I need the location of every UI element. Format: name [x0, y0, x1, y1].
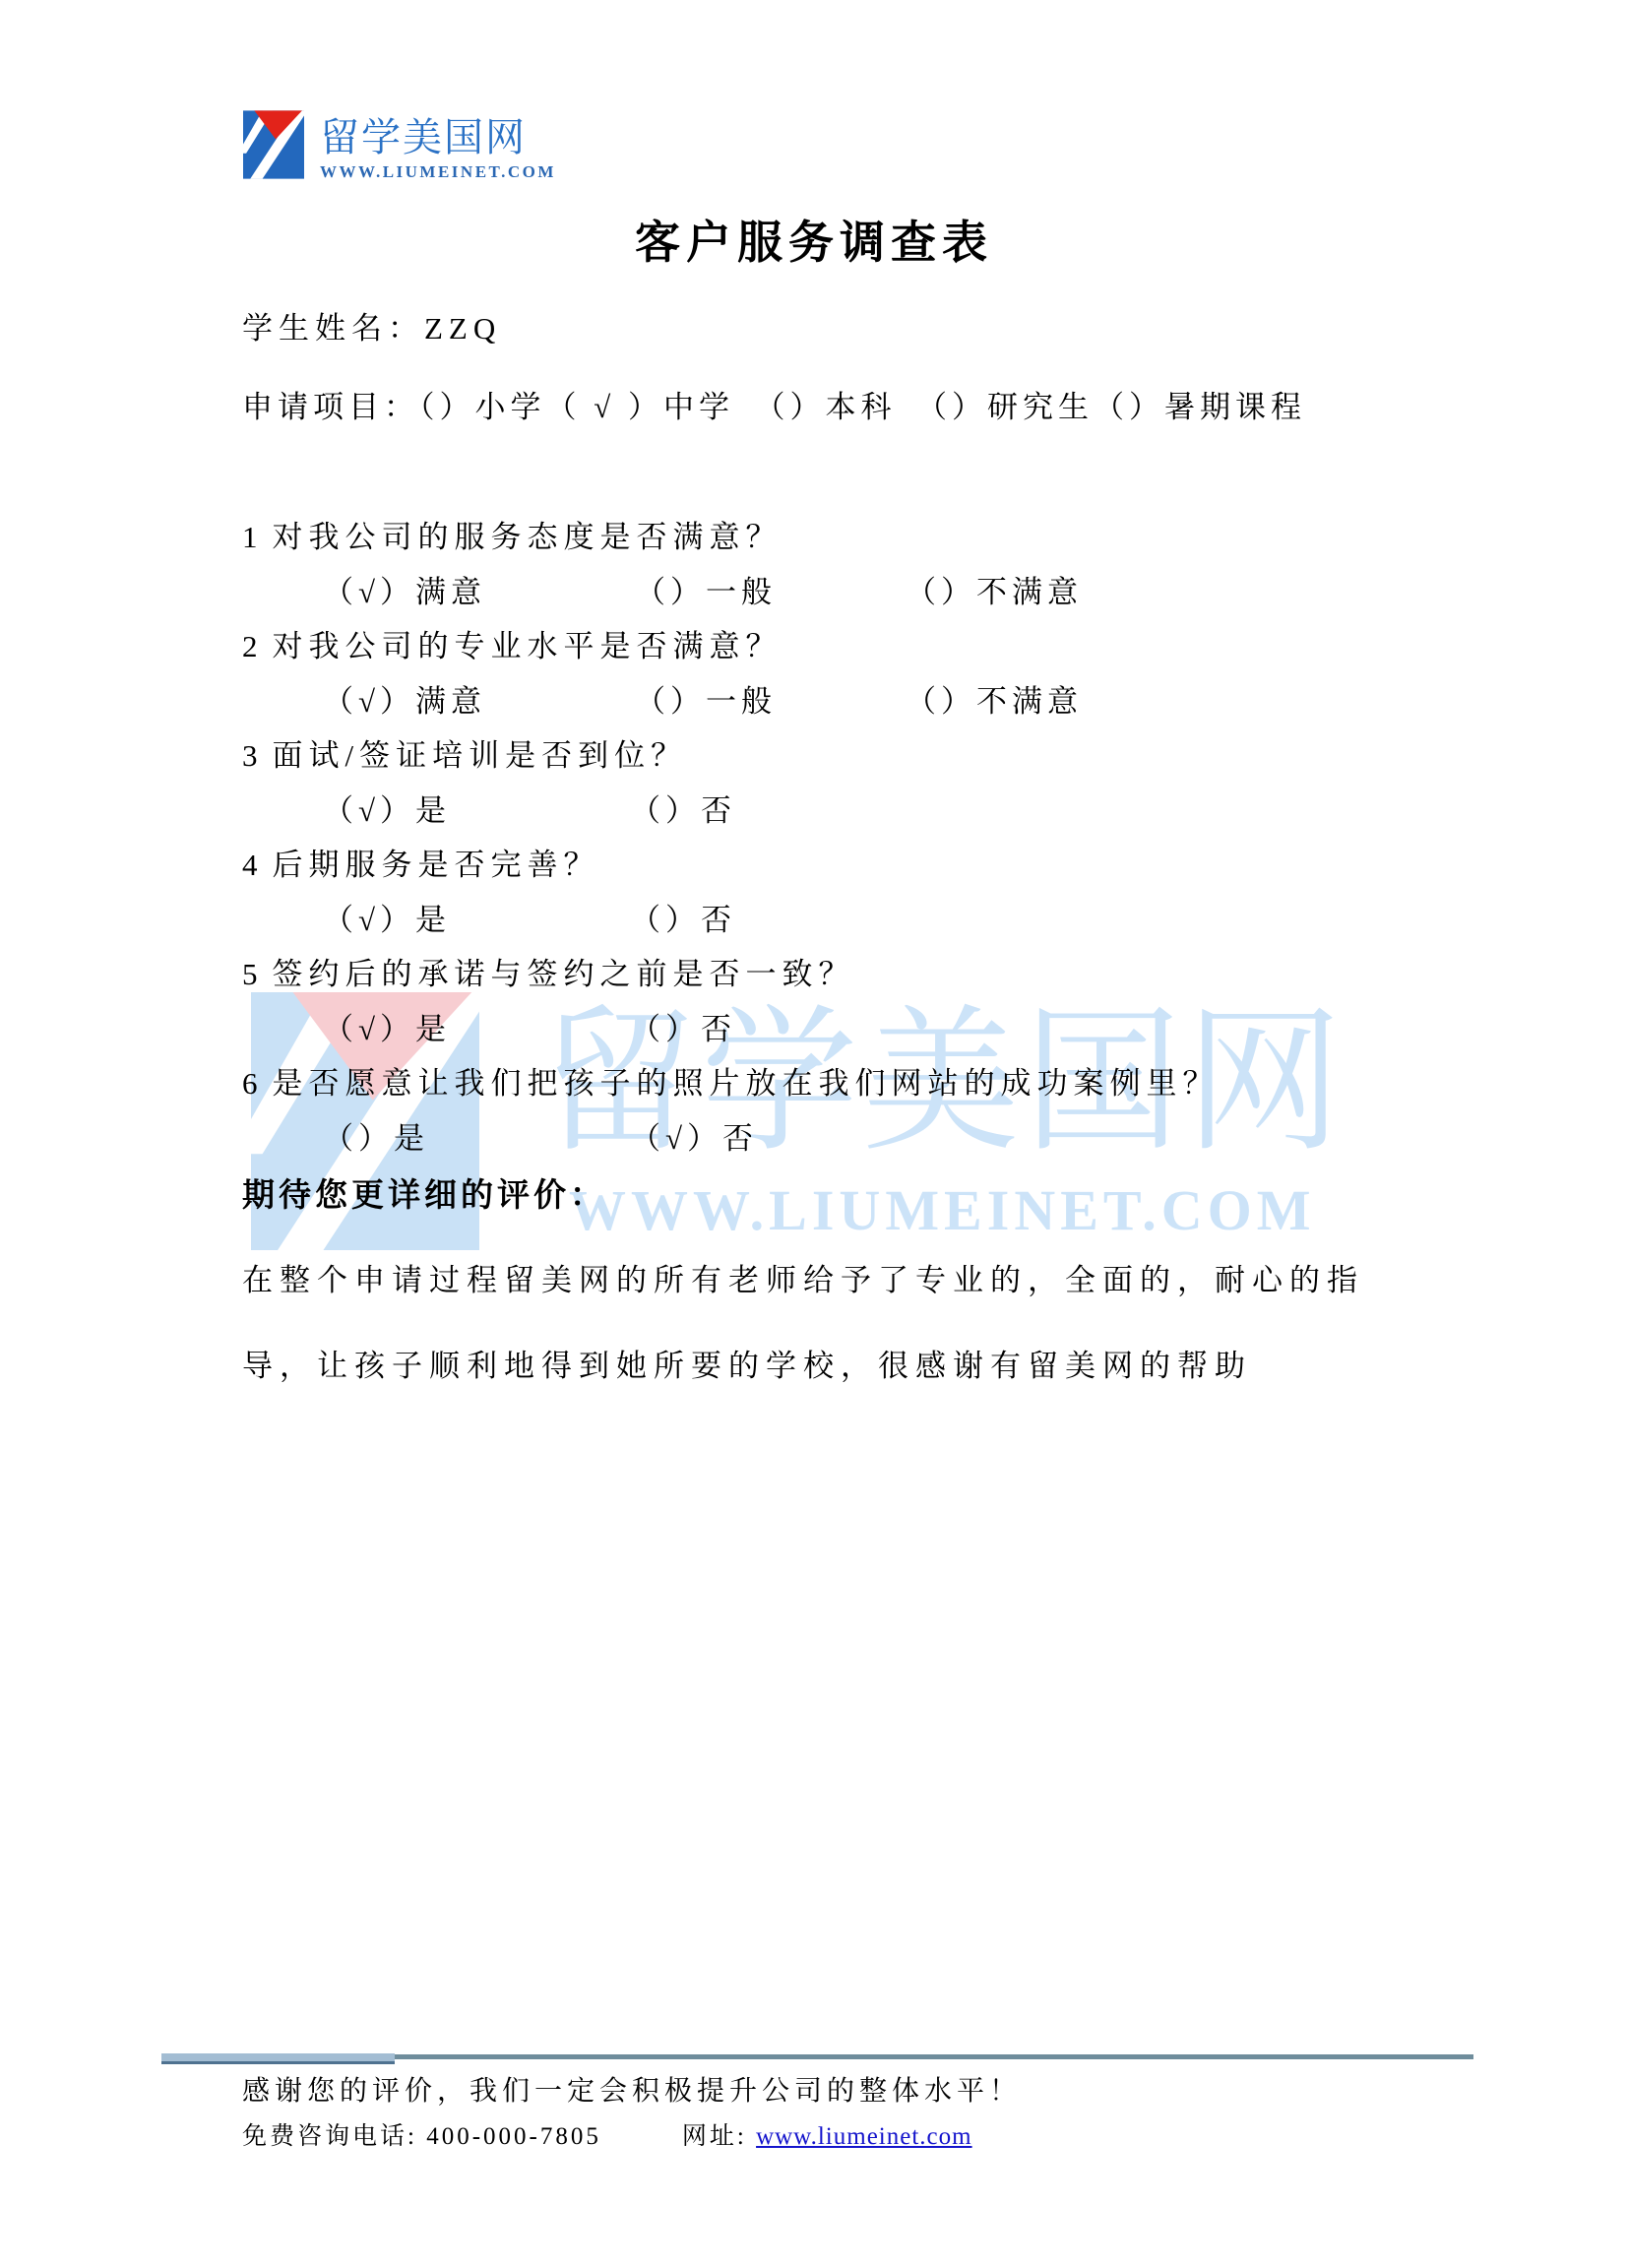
question-1-options: （√）满意（）一般（）不满意: [323, 567, 1083, 611]
question-2-number: 2: [242, 629, 258, 664]
evaluation-heading: 期待您更详细的评价：: [242, 1169, 606, 1216]
question-6-options: （）是（√）否: [323, 1113, 758, 1158]
brand-website: WWW.LIUMEINET.COM: [320, 162, 556, 182]
evaluation-line-2: 导，让孩子顺利地得到她所要的学校，很感谢有留美网的帮助: [242, 1341, 1252, 1385]
question-2-options: （√）满意（）一般（）不满意: [323, 676, 1083, 721]
brand-name: 留学美国网: [320, 116, 556, 159]
checkbox-option: （）否: [630, 895, 736, 939]
evaluation-line-1: 在整个申请过程留美网的所有老师给予了专业的，全面的，耐心的指: [242, 1255, 1364, 1299]
brand-logo-icon: [243, 110, 304, 179]
question-4-options: （√）是（）否: [323, 895, 736, 939]
checkbox-option: （√）否: [630, 1113, 758, 1158]
question-2: 2对我公司的专业水平是否满意？: [242, 621, 783, 665]
question-1-number: 1: [242, 520, 258, 555]
question-1-text: 对我公司的服务态度是否满意？: [273, 520, 783, 554]
question-5: 5签约后的承诺与签约之前是否一致？: [242, 949, 855, 993]
watermark-url-text: WWW.LIUMEINET.COM: [569, 1177, 1316, 1243]
footer-phone-number: 400-000-7805: [426, 2123, 601, 2150]
question-3: 3面试/签证培训是否到位？: [242, 730, 687, 775]
checkbox-option: （√）是: [323, 1004, 630, 1048]
question-5-text: 签约后的承诺与签约之前是否一致？: [273, 957, 855, 991]
footer-site-link[interactable]: www.liumeinet.com: [756, 2123, 972, 2150]
checkbox-option: （√）是: [323, 895, 630, 939]
brand-text-block: 留学美国网 WWW.LIUMEINET.COM: [320, 110, 556, 182]
checkbox-option: （√）满意: [323, 567, 635, 611]
footer-divider-left-segment: [161, 2053, 395, 2064]
project-label: 申请项目：: [242, 390, 419, 424]
question-5-number: 5: [242, 957, 258, 992]
student-name-label: 学生姓名：: [242, 311, 424, 346]
brand-logo: 留学美国网 WWW.LIUMEINET.COM: [243, 110, 556, 182]
footer-thanks-text: 感谢您的评价，我们一定会积极提升公司的整体水平！: [242, 2069, 1022, 2109]
checkbox-option: （√）是: [323, 786, 630, 830]
question-3-text: 面试/签证培训是否到位？: [273, 738, 688, 773]
footer-phone-label: 免费咨询电话:: [242, 2123, 426, 2150]
question-6-text: 是否愿意让我们把孩子的照片放在我们网站的成功案例里？: [273, 1066, 1220, 1101]
checkbox-option: （）一般: [635, 676, 906, 721]
footer-divider-right-segment: [395, 2054, 1473, 2059]
checkbox-option: （）否: [630, 1004, 736, 1048]
page-title: 客户服务调查表: [0, 207, 1628, 272]
question-6: 6是否愿意让我们把孩子的照片放在我们网站的成功案例里？: [242, 1058, 1220, 1102]
question-3-number: 3: [242, 738, 258, 774]
checkbox-option: （√）满意: [323, 676, 635, 721]
footer-contact-line: 免费咨询电话: 400-000-7805网址: www.liumeinet.co…: [242, 2116, 972, 2152]
question-4-number: 4: [242, 848, 258, 883]
student-name-value: ZZQ: [424, 311, 501, 346]
question-6-number: 6: [242, 1066, 258, 1102]
project-options: （）小学（ √ ）中学 （）本科 （）研究生（）暑期课程: [419, 390, 1306, 424]
survey-document-page: 留学美国网 WWW.LIUMEINET.COM 留学美国网 WWW.LIUMEI…: [0, 0, 1628, 2268]
footer-divider: [161, 2053, 1473, 2065]
checkbox-option: （）一般: [635, 567, 906, 611]
project-line: 申请项目：（）小学（ √ ）中学 （）本科 （）研究生（）暑期课程: [242, 382, 1306, 426]
question-4-text: 后期服务是否完善？: [273, 848, 600, 882]
footer-site-label: 网址:: [682, 2123, 756, 2150]
checkbox-option: （）是: [323, 1113, 630, 1158]
question-5-options: （√）是（）否: [323, 1004, 736, 1048]
question-3-options: （√）是（）否: [323, 786, 736, 830]
student-name-line: 学生姓名：ZZQ: [242, 303, 501, 347]
checkbox-option: （）否: [630, 786, 736, 830]
checkbox-option: （）不满意: [906, 567, 1083, 611]
question-4: 4后期服务是否完善？: [242, 840, 600, 884]
question-2-text: 对我公司的专业水平是否满意？: [273, 629, 783, 663]
question-1: 1对我公司的服务态度是否满意？: [242, 512, 783, 556]
checkbox-option: （）不满意: [906, 676, 1083, 721]
